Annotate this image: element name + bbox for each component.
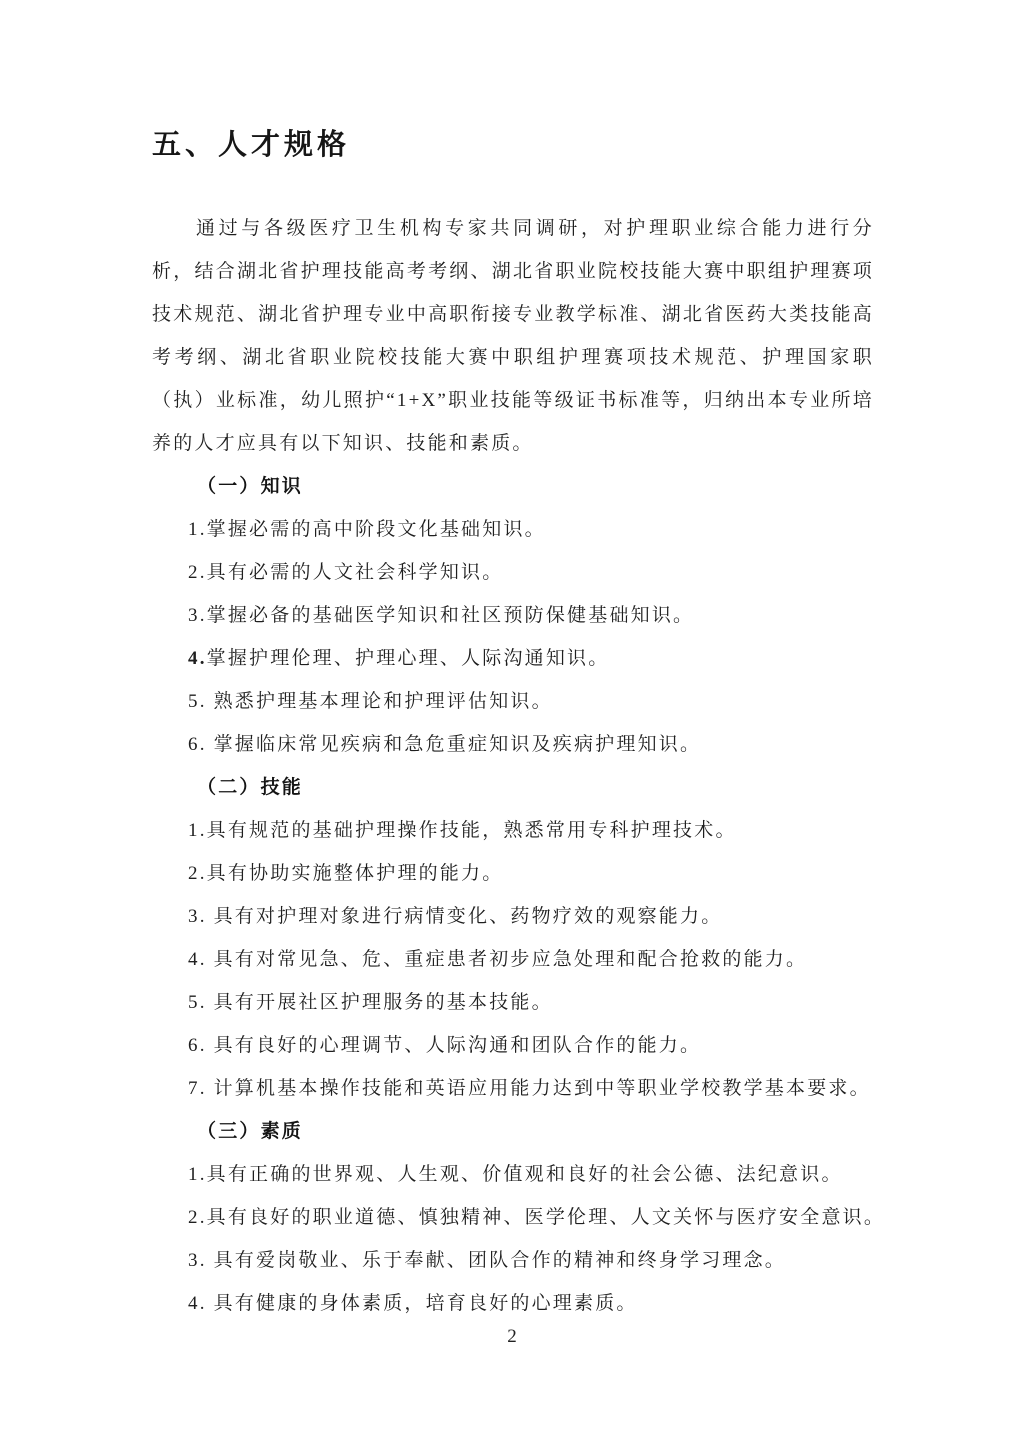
list-item: 1.掌握必需的高中阶段文化基础知识。 <box>152 508 874 551</box>
list-item-number: 4. <box>188 648 207 669</box>
section: （一）知识1.掌握必需的高中阶段文化基础知识。2.具有必需的人文社会科学知识。3… <box>152 465 874 766</box>
list-item: 3.掌握必备的基础医学知识和社区预防保健基础知识。 <box>152 594 874 637</box>
page-number: 2 <box>0 1326 1024 1348</box>
list-item: 3. 具有爱岗敬业、乐于奉献、团队合作的精神和终身学习理念。 <box>152 1239 874 1282</box>
document-page: 五、人才规格 通过与各级医疗卫生机构专家共同调研，对护理职业综合能力进行分析，结… <box>0 0 1024 1448</box>
section-subheading: （一）知识 <box>152 465 874 508</box>
section-subheading: （二）技能 <box>152 766 874 809</box>
list-item: 6. 具有良好的心理调节、人际沟通和团队合作的能力。 <box>152 1024 874 1067</box>
list-item: 1.具有正确的世界观、人生观、价值观和良好的社会公德、法纪意识。 <box>152 1153 874 1196</box>
list-item: 7. 计算机基本操作技能和英语应用能力达到中等职业学校教学基本要求。 <box>152 1067 874 1110</box>
list-item: 2.具有良好的职业道德、慎独精神、医学伦理、人文关怀与医疗安全意识。 <box>152 1196 874 1239</box>
list-item: 3. 具有对护理对象进行病情变化、药物疗效的观察能力。 <box>152 895 874 938</box>
list-item: 6. 掌握临床常见疾病和急危重症知识及疾病护理知识。 <box>152 723 874 766</box>
list-item: 2.具有协助实施整体护理的能力。 <box>152 852 874 895</box>
section-subheading: （三）素质 <box>152 1110 874 1153</box>
list-item: 5. 熟悉护理基本理论和护理评估知识。 <box>152 680 874 723</box>
list-item: 4.掌握护理伦理、护理心理、人际沟通知识。 <box>152 637 874 680</box>
page-title: 五、人才规格 <box>152 128 874 162</box>
intro-paragraph: 通过与各级医疗卫生机构专家共同调研，对护理职业综合能力进行分析，结合湖北省护理技… <box>152 207 874 465</box>
list-item: 4. 具有对常见急、危、重症患者初步应急处理和配合抢救的能力。 <box>152 938 874 981</box>
list-item: 5. 具有开展社区护理服务的基本技能。 <box>152 981 874 1024</box>
list-item: 2.具有必需的人文社会科学知识。 <box>152 551 874 594</box>
section: （三）素质1.具有正确的世界观、人生观、价值观和良好的社会公德、法纪意识。2.具… <box>152 1110 874 1325</box>
sections-container: （一）知识1.掌握必需的高中阶段文化基础知识。2.具有必需的人文社会科学知识。3… <box>152 465 874 1325</box>
list-item: 4. 具有健康的身体素质，培育良好的心理素质。 <box>152 1282 874 1325</box>
list-item: 1.具有规范的基础护理操作技能，熟悉常用专科护理技术。 <box>152 809 874 852</box>
section: （二）技能1.具有规范的基础护理操作技能，熟悉常用专科护理技术。2.具有协助实施… <box>152 766 874 1110</box>
